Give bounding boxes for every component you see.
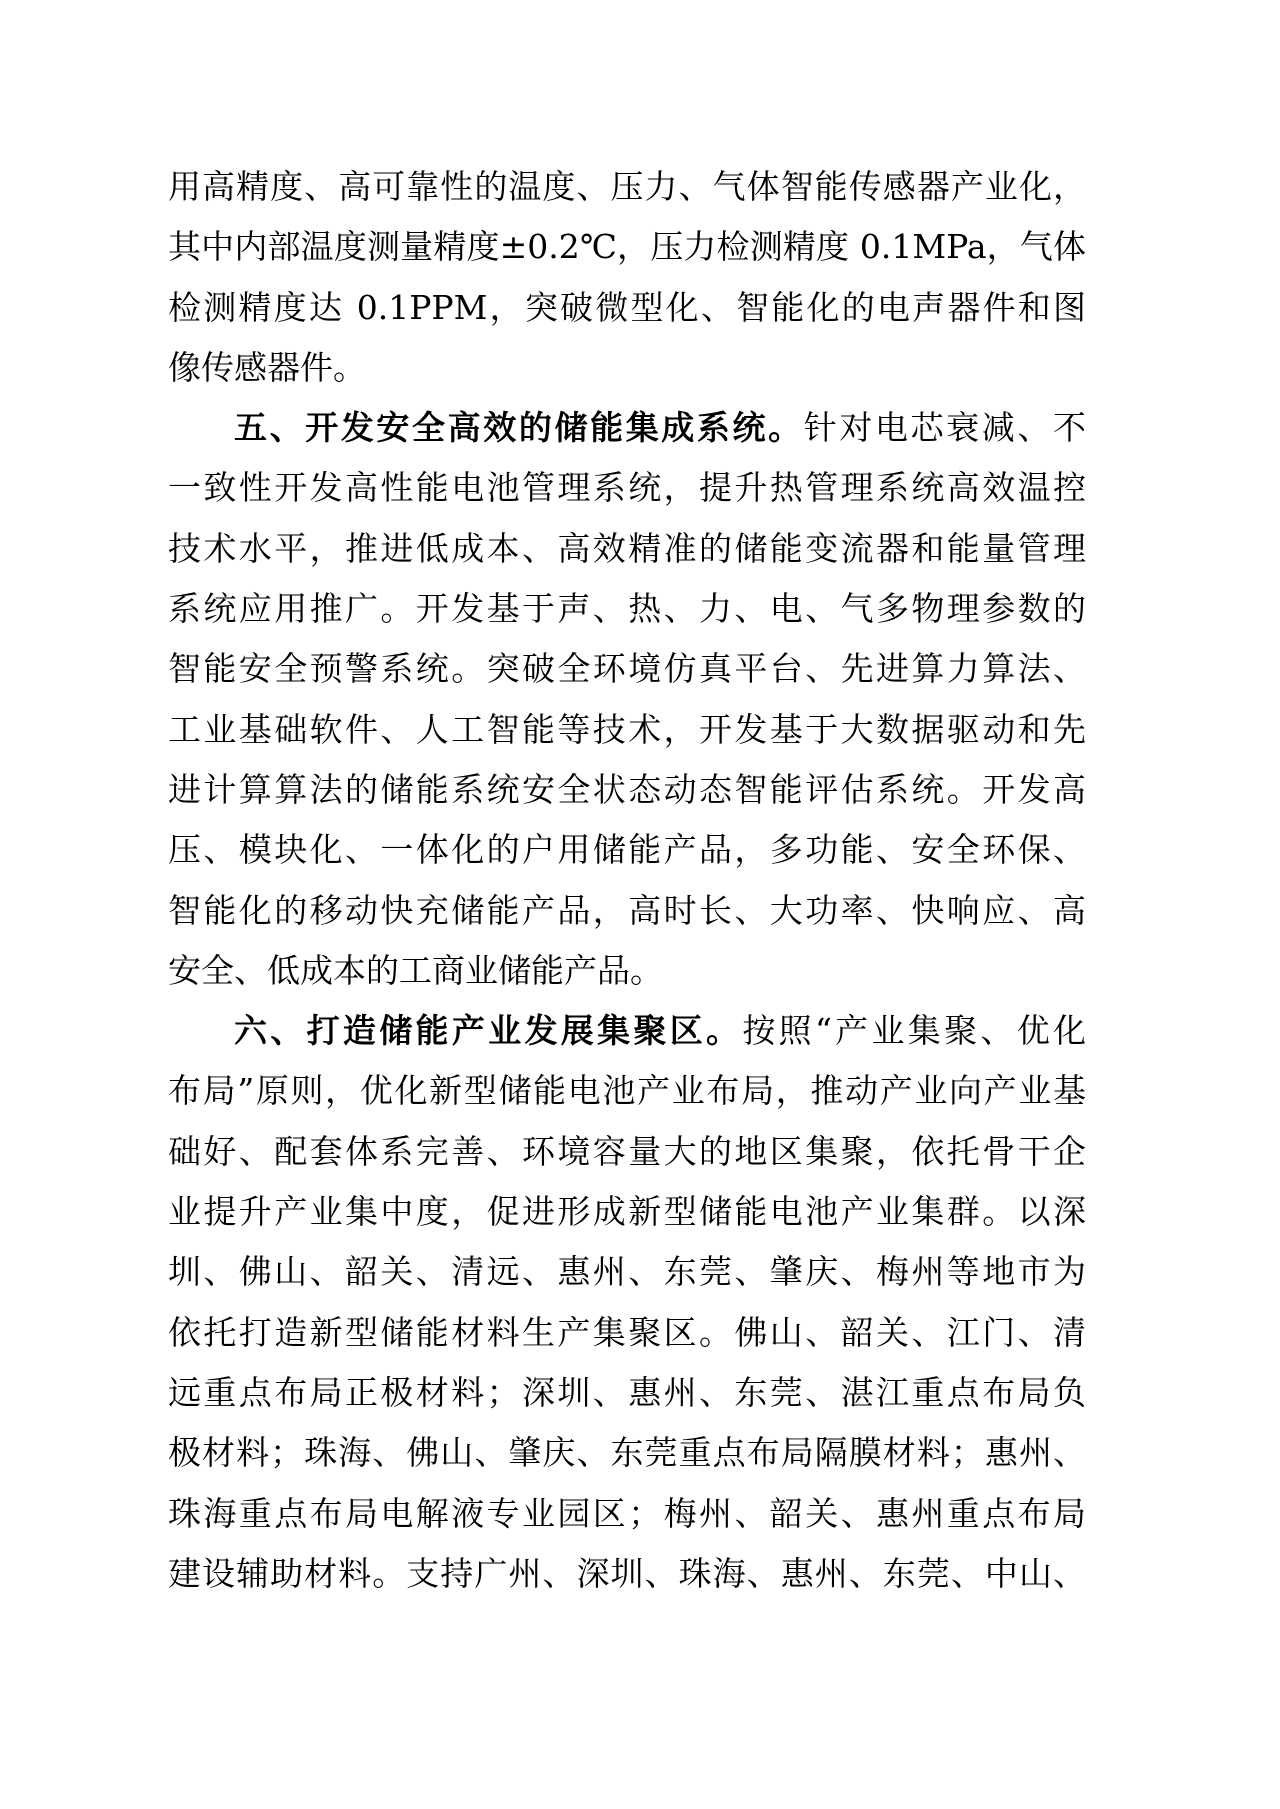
text-line: 础好、配套体系完善、环境容量大的地区集聚，依托骨干企 (168, 1122, 1086, 1182)
text-line: 技术水平，推进低成本、高效精准的储能变流器和能量管理 (168, 519, 1086, 579)
body-text: 技术水平，推进低成本、高效精准的储能变流器和能量管理 (168, 529, 1086, 568)
text-line: 依托打造新型储能材料生产集聚区。佛山、韶关、江门、清 (168, 1303, 1086, 1363)
body-text: 用高精度、高可靠性的温度、压力、气体智能传感器产业化， (168, 167, 1086, 206)
text-line: 系统应用推广。开发基于声、热、力、电、气多物理参数的 (168, 579, 1086, 639)
text-line: 其中内部温度测量精度±0.2℃，压力检测精度 0.1MPa，气体 (168, 217, 1086, 277)
body-text: 远重点布局正极材料；深圳、惠州、东莞、湛江重点布局负 (168, 1373, 1086, 1412)
text-line: 业提升产业集中度，促进形成新型储能电池产业集群。以深 (168, 1182, 1086, 1242)
text-line: 压、模块化、一体化的户用储能产品，多功能、安全环保、 (168, 820, 1086, 880)
text-line: 布局”原则，优化新型储能电池产业布局，推动产业向产业基 (168, 1061, 1086, 1121)
body-text: 进计算算法的储能系统安全状态动态智能评估系统。开发高 (168, 770, 1086, 809)
text-line: 珠海重点布局电解液专业园区；梅州、韶关、惠州重点布局 (168, 1484, 1086, 1544)
body-text: 检测精度达 0.1PPM，突破微型化、智能化的电声器件和图 (168, 288, 1086, 327)
body-text: 像传感器件。 (168, 348, 366, 387)
text-line: 五、开发安全高效的储能集成系统。针对电芯衰减、不 (168, 398, 1086, 458)
paragraph-sensor-continuation: 用高精度、高可靠性的温度、压力、气体智能传感器产业化，其中内部温度测量精度±0.… (168, 157, 1086, 398)
body-text: 极材料；珠海、佛山、肇庆、东莞重点布局隔膜材料；惠州、 (168, 1433, 1086, 1472)
body-text: 一致性开发高性能电池管理系统，提升热管理系统高效温控 (168, 468, 1086, 507)
section-heading-text: 六、打造储能产业发展集聚区。 (234, 1011, 742, 1050)
text-line: 检测精度达 0.1PPM，突破微型化、智能化的电声器件和图 (168, 278, 1086, 338)
body-text: 智能安全预警系统。突破全环境仿真平台、先进算力算法、 (168, 649, 1086, 688)
body-text: 系统应用推广。开发基于声、热、力、电、气多物理参数的 (168, 589, 1086, 628)
body-text: 珠海重点布局电解液专业园区；梅州、韶关、惠州重点布局 (168, 1494, 1086, 1533)
body-text: 压、模块化、一体化的户用储能产品，多功能、安全环保、 (168, 830, 1086, 869)
paragraph-section-6: 六、打造储能产业发展集聚区。按照“产业集聚、优化布局”原则，优化新型储能电池产业… (168, 1001, 1086, 1604)
body-text: 安全、低成本的工商业储能产品。 (168, 951, 663, 990)
document-page: 用高精度、高可靠性的温度、压力、气体智能传感器产业化，其中内部温度测量精度±0.… (0, 0, 1280, 1809)
text-line: 极材料；珠海、佛山、肇庆、东莞重点布局隔膜材料；惠州、 (168, 1423, 1086, 1483)
text-line: 像传感器件。 (168, 338, 1086, 398)
body-text: 其中内部温度测量精度±0.2℃，压力检测精度 0.1MPa，气体 (168, 227, 1086, 266)
body-text: 布局”原则，优化新型储能电池产业布局，推动产业向产业基 (168, 1071, 1086, 1110)
text-line: 一致性开发高性能电池管理系统，提升热管理系统高效温控 (168, 458, 1086, 518)
document-body: 用高精度、高可靠性的温度、压力、气体智能传感器产业化，其中内部温度测量精度±0.… (168, 157, 1086, 1604)
body-text: 业提升产业集中度，促进形成新型储能电池产业集群。以深 (168, 1192, 1086, 1231)
paragraph-section-5: 五、开发安全高效的储能集成系统。针对电芯衰减、不一致性开发高性能电池管理系统，提… (168, 398, 1086, 1001)
body-text: 按照“产业集聚、优化 (742, 1011, 1086, 1050)
body-text: 圳、佛山、韶关、清远、惠州、东莞、肇庆、梅州等地市为 (168, 1252, 1086, 1291)
text-line: 六、打造储能产业发展集聚区。按照“产业集聚、优化 (168, 1001, 1086, 1061)
body-text: 智能化的移动快充储能产品，高时长、大功率、快响应、高 (168, 891, 1086, 930)
text-line: 远重点布局正极材料；深圳、惠州、东莞、湛江重点布局负 (168, 1363, 1086, 1423)
text-line: 安全、低成本的工商业储能产品。 (168, 941, 1086, 1001)
body-text: 依托打造新型储能材料生产集聚区。佛山、韶关、江门、清 (168, 1313, 1086, 1352)
text-line: 工业基础软件、人工智能等技术，开发基于大数据驱动和先 (168, 700, 1086, 760)
body-text: 工业基础软件、人工智能等技术，开发基于大数据驱动和先 (168, 710, 1086, 749)
body-text: 针对电芯衰减、不 (804, 408, 1086, 447)
body-text: 建设辅助材料。支持广州、深圳、珠海、惠州、东莞、中山、 (168, 1554, 1086, 1593)
text-line: 进计算算法的储能系统安全状态动态智能评估系统。开发高 (168, 760, 1086, 820)
text-line: 圳、佛山、韶关、清远、惠州、东莞、肇庆、梅州等地市为 (168, 1242, 1086, 1302)
text-line: 智能化的移动快充储能产品，高时长、大功率、快响应、高 (168, 881, 1086, 941)
section-heading-text: 五、开发安全高效的储能集成系统。 (234, 408, 804, 447)
body-text: 础好、配套体系完善、环境容量大的地区集聚，依托骨干企 (168, 1132, 1086, 1171)
text-line: 用高精度、高可靠性的温度、压力、气体智能传感器产业化， (168, 157, 1086, 217)
text-line: 建设辅助材料。支持广州、深圳、珠海、惠州、东莞、中山、 (168, 1544, 1086, 1604)
text-line: 智能安全预警系统。突破全环境仿真平台、先进算力算法、 (168, 639, 1086, 699)
